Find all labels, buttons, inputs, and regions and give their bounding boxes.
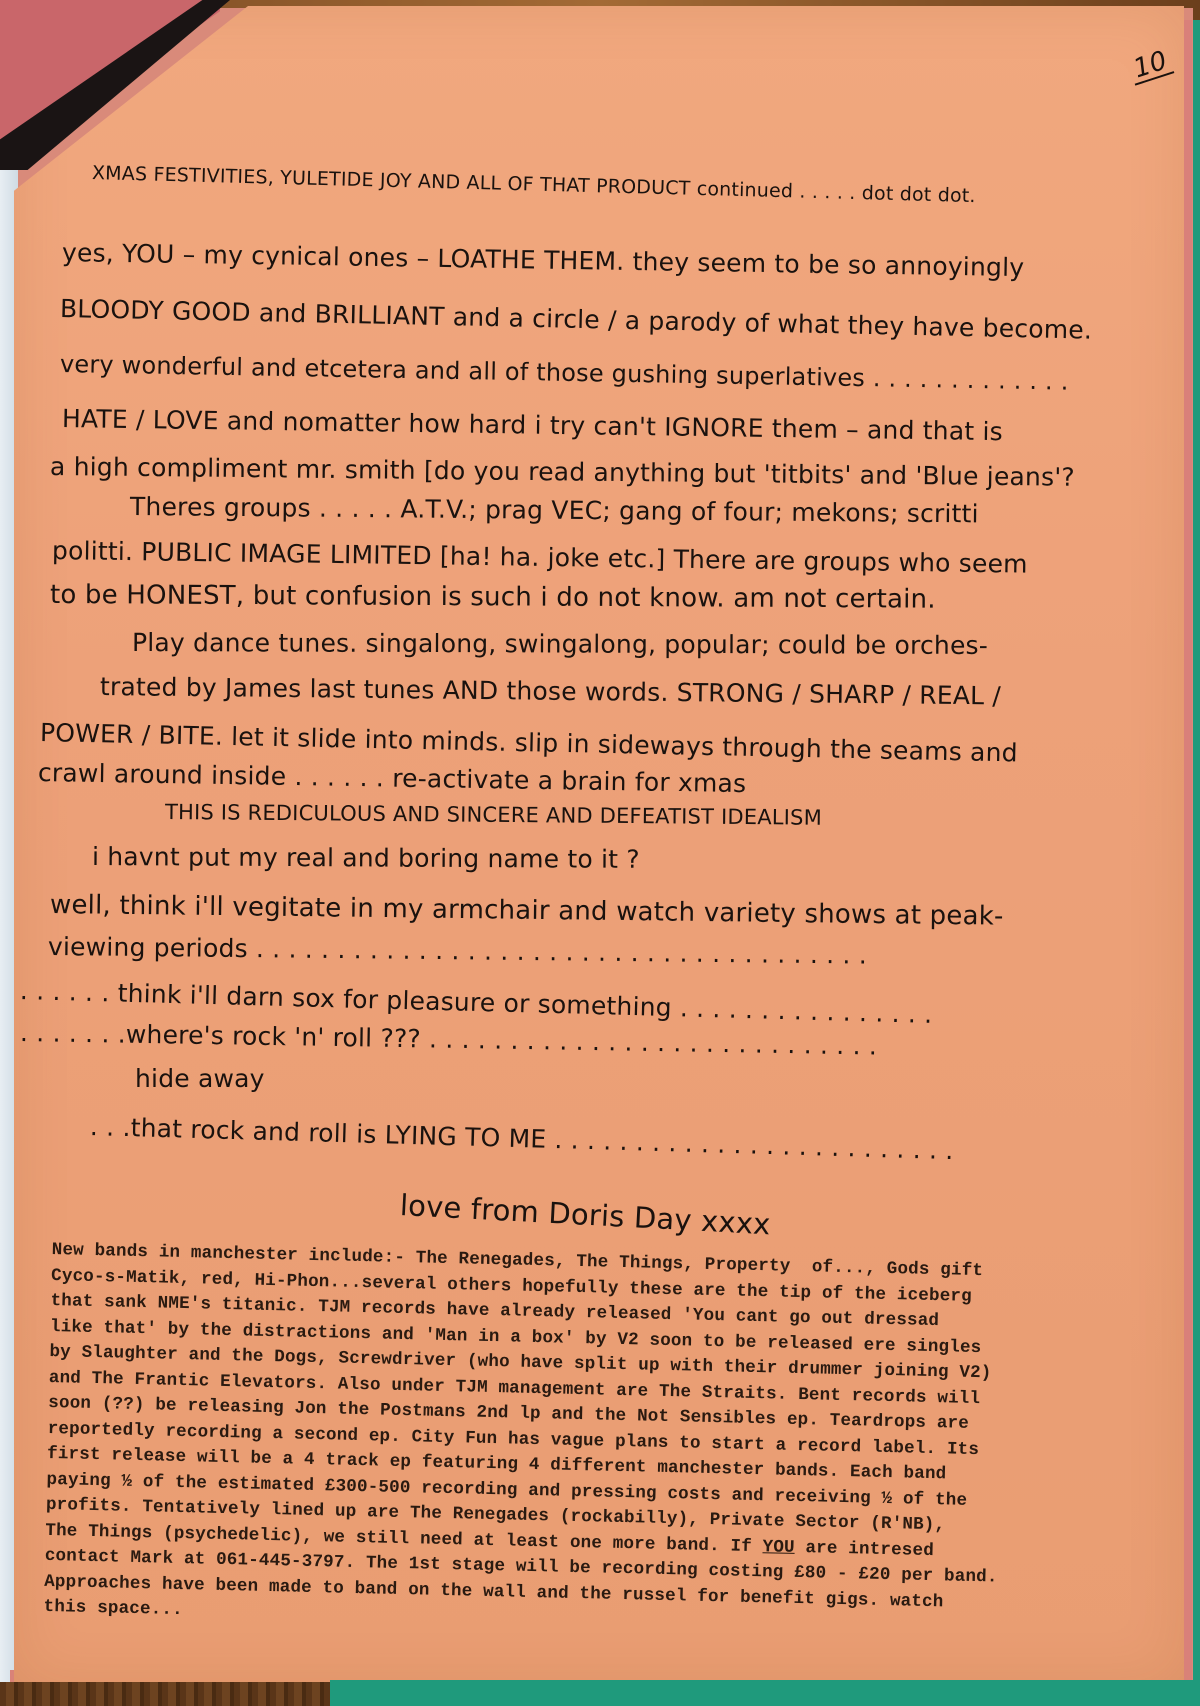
handwritten-line: i havnt put my real and boring name to i…: [92, 842, 640, 874]
wooden-floor-background: [0, 1682, 330, 1706]
sheet-right-edge: [1184, 20, 1192, 1680]
handwritten-line: Play dance tunes. singalong, swingalong,…: [132, 628, 988, 660]
handwritten-line: to be HONEST, but confusion is such i do…: [50, 580, 936, 615]
teal-surface-background: [330, 1680, 1200, 1706]
handwritten-line: hide away: [135, 1064, 265, 1093]
underlined-word: YOU: [762, 1537, 795, 1558]
typed-news-section: New bands in manchester include:- The Re…: [43, 1238, 1131, 1645]
